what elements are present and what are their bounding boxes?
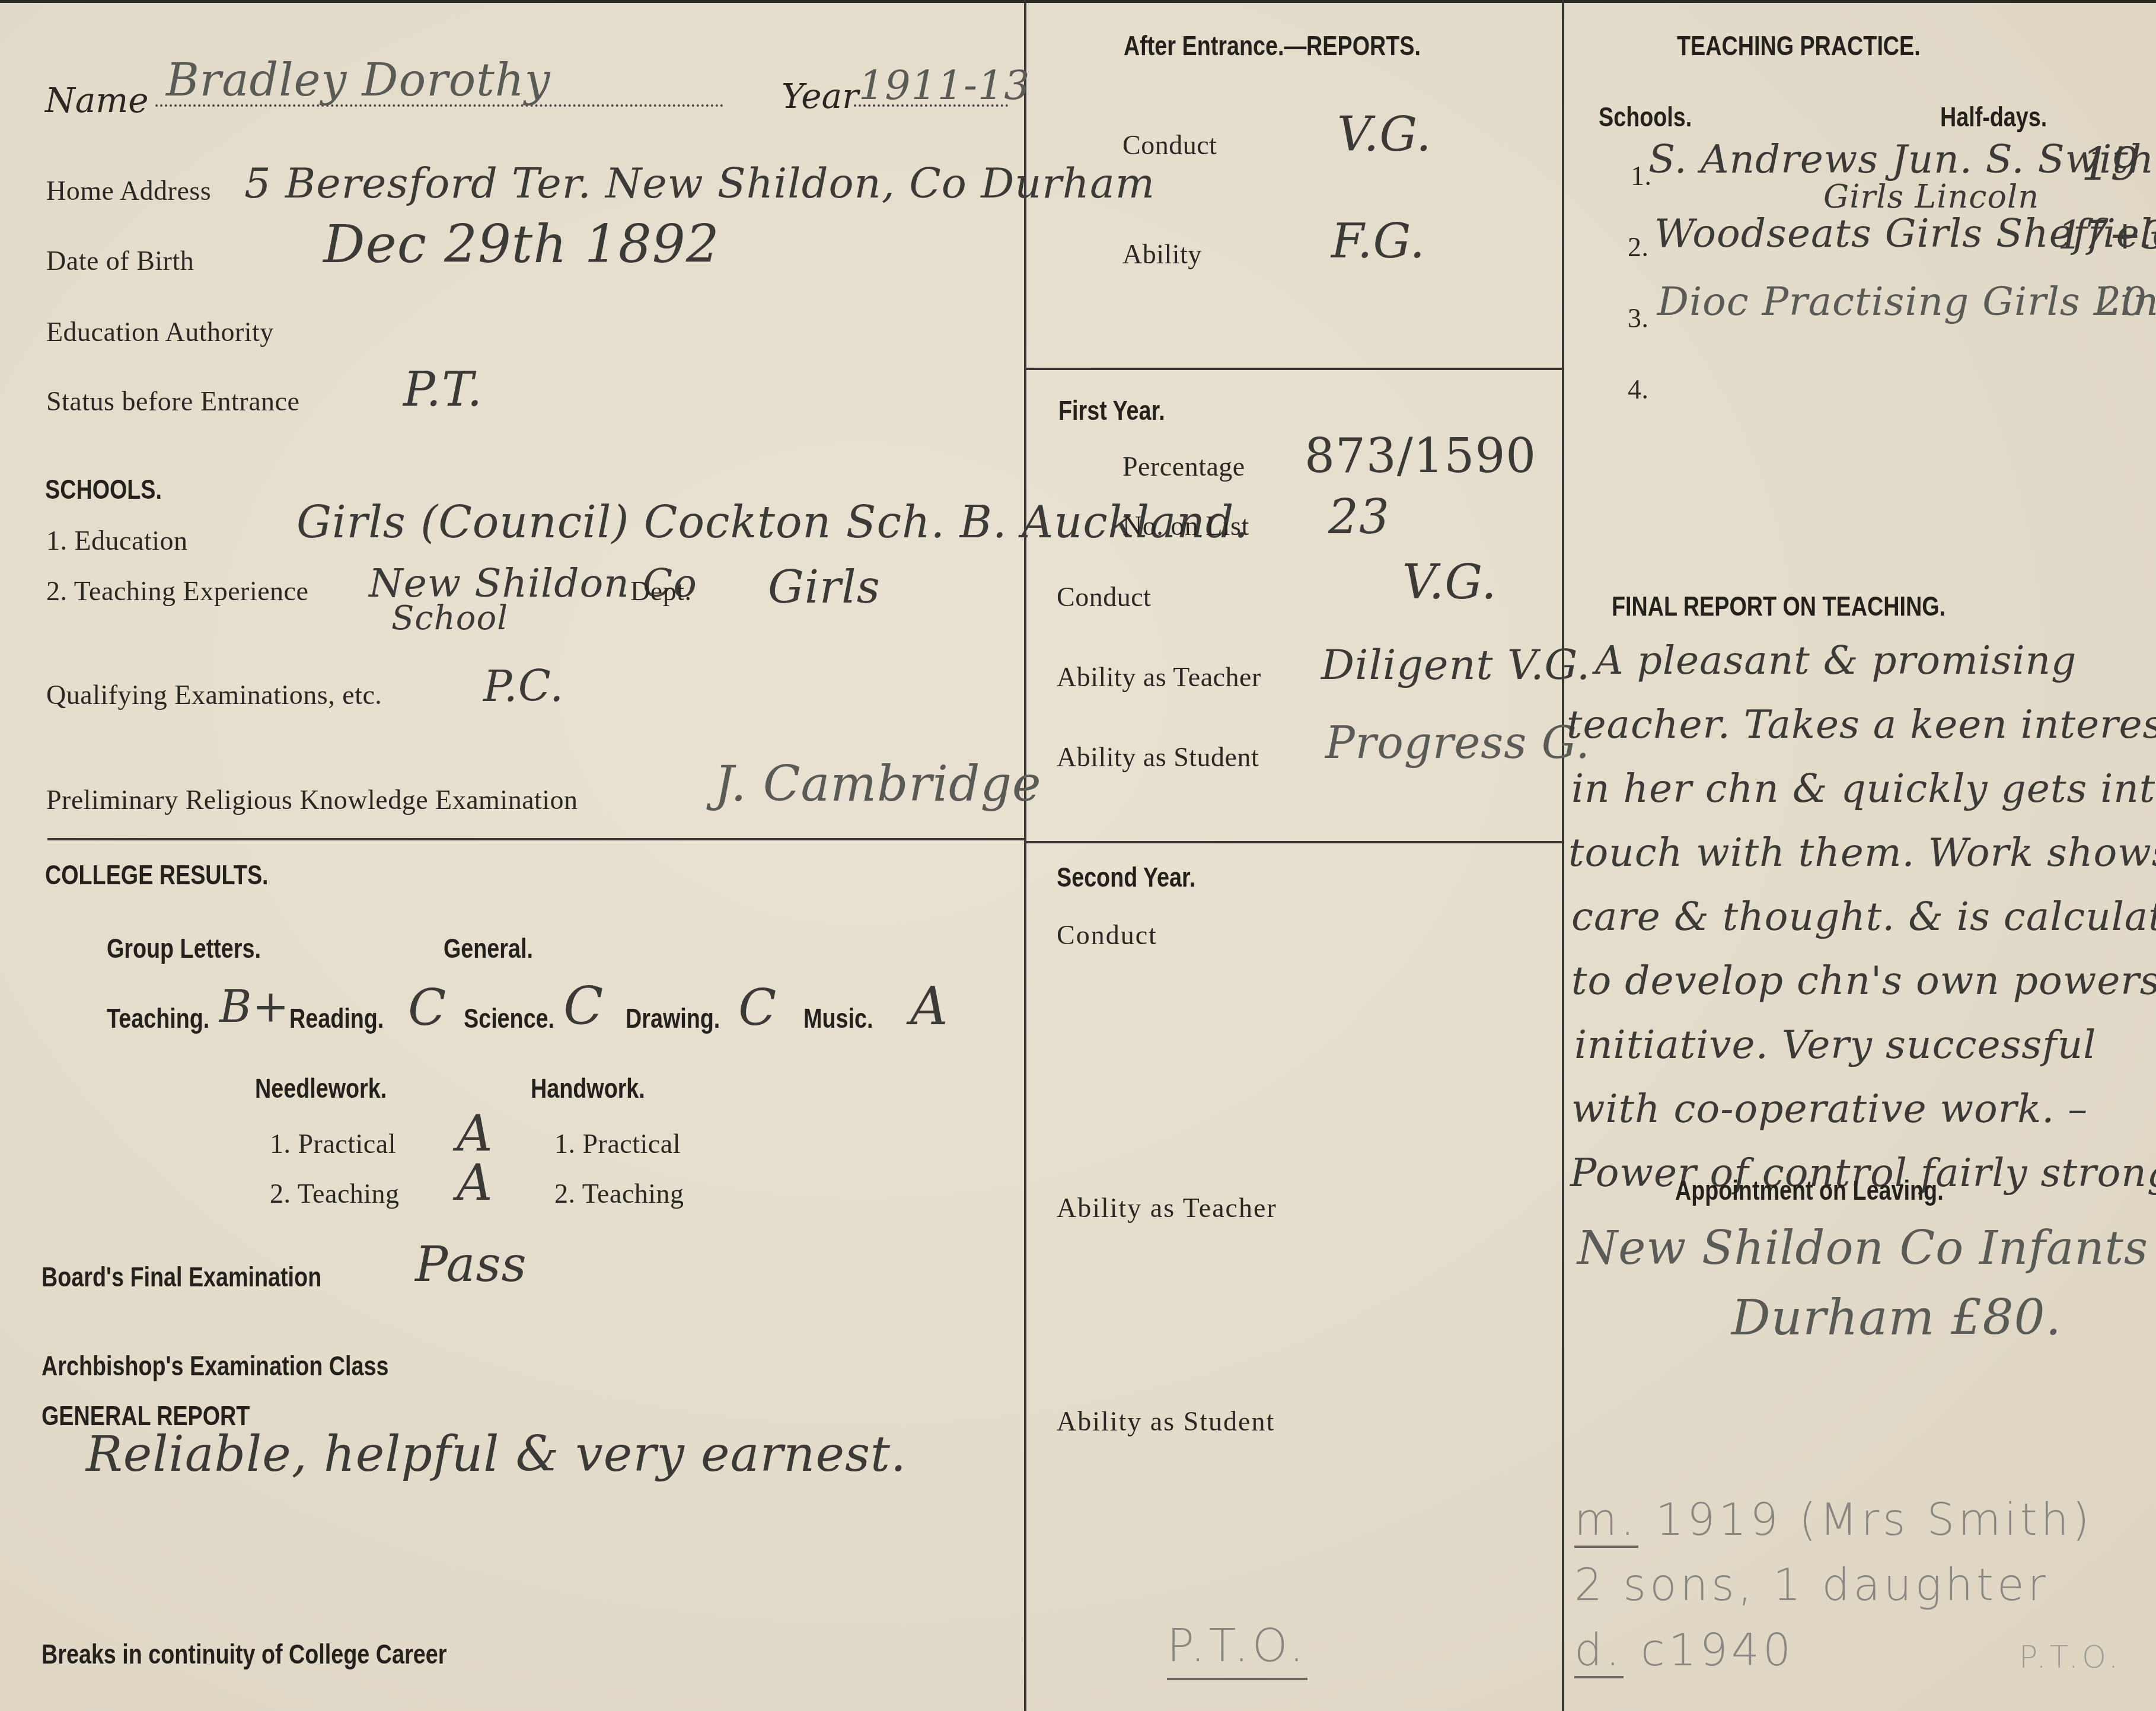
first-year-heading: First Year. xyxy=(1058,394,1165,426)
science-grade-value: C xyxy=(563,976,604,1037)
general-label: General. xyxy=(444,932,533,964)
second-teacher-label: Ability as Teacher xyxy=(1057,1192,1277,1223)
tp-entry-number: 2. xyxy=(1628,231,1649,263)
handwork-practical-label: 1. Practical xyxy=(554,1128,681,1159)
later-note-death: d. c1940 xyxy=(1574,1625,1794,1676)
second-conduct-label: Conduct xyxy=(1057,919,1157,951)
percentage-value: 873/1590 xyxy=(1305,428,1536,483)
tp-halfdays-label: Half-days. xyxy=(1940,101,2047,133)
prelim-religious-label: Preliminary Religious Knowledge Examinat… xyxy=(46,784,578,815)
final-report-line: touch with them. Work shows xyxy=(1568,830,2156,875)
archbishop-exam-label: Archbishop's Examination Class xyxy=(42,1350,388,1382)
tp-entry-halfdays: 17+3 xyxy=(2058,212,2156,258)
year-value: 1911-13 xyxy=(859,62,1031,109)
top-edge-shadow xyxy=(0,0,2156,3)
education-value: Girls (Council) Cockton Sch. B. Auckland… xyxy=(296,497,1249,548)
breaks-label: Breaks in continuity of College Career xyxy=(42,1638,446,1670)
drawing-grade-value: C xyxy=(738,979,777,1037)
after-entrance-heading: After Entrance.—REPORTS. xyxy=(1124,30,1421,62)
prelim-religious-value: J. Cambridge xyxy=(715,756,1041,813)
needlework-teaching-label: 2. Teaching xyxy=(270,1178,400,1209)
tp-entry-halfdays: 20 xyxy=(2096,279,2147,324)
column-divider-right xyxy=(1562,0,1564,1711)
drawing-grade-label: Drawing. xyxy=(626,1002,720,1034)
college-results-heading: COLLEGE RESULTS. xyxy=(45,859,269,891)
second-year-heading: Second Year. xyxy=(1057,861,1195,893)
boards-final-label: Board's Final Examination xyxy=(42,1261,321,1293)
second-year-pto-note: P.T.O. xyxy=(1167,1619,1307,1680)
death-abbrev: d. xyxy=(1574,1625,1624,1678)
first-student-label: Ability as Student xyxy=(1057,741,1259,773)
first-teacher-value: Diligent V.G. xyxy=(1321,641,1590,689)
first-teacher-label: Ability as Teacher xyxy=(1057,661,1261,693)
appointment-heading: Appointment on Leaving. xyxy=(1675,1174,1944,1206)
year-label: Year xyxy=(782,76,859,116)
dept-value: Girls xyxy=(768,560,881,613)
reading-grade-value: C xyxy=(408,979,446,1037)
after-ability-value: F.G. xyxy=(1331,214,1425,269)
boards-final-value: Pass xyxy=(415,1237,527,1293)
music-grade-label: Music. xyxy=(803,1002,873,1034)
handwork-teaching-label: 2. Teaching xyxy=(554,1178,684,1209)
marriage-abbrev: m. xyxy=(1574,1495,1638,1548)
name-label: Name xyxy=(45,80,149,120)
teaching-grade-value: B+ xyxy=(219,982,289,1033)
final-report-heading: FINAL REPORT ON TEACHING. xyxy=(1612,590,1945,622)
education-label: 1. Education xyxy=(46,525,188,556)
status-label: Status before Entrance xyxy=(46,385,299,417)
middle-divider-1 xyxy=(1026,368,1562,370)
first-conduct-label: Conduct xyxy=(1057,581,1151,613)
middle-divider-2 xyxy=(1026,841,1562,843)
no-on-list-label: No. on List xyxy=(1122,510,1249,541)
tp-entry-school: S. Andrews Jun. S. Swithuns xyxy=(1648,136,2156,182)
music-grade-value: A xyxy=(910,976,949,1037)
first-student-value: Progress G. xyxy=(1325,718,1590,769)
needlework-practical-label: 1. Practical xyxy=(270,1128,396,1159)
teaching-experience-label: 2. Teaching Experience xyxy=(46,575,308,607)
second-student-label: Ability as Student xyxy=(1057,1406,1275,1437)
home-address-value: 5 Beresford Ter. New Shildon, Co Durham xyxy=(244,159,1155,208)
name-value: Bradley Dorothy xyxy=(166,53,551,106)
after-conduct-value: V.G. xyxy=(1337,107,1432,162)
reading-grade-label: Reading. xyxy=(289,1002,384,1034)
final-report-line: initiative. Very successful xyxy=(1574,1022,2096,1068)
schools-heading: SCHOOLS. xyxy=(45,473,162,505)
final-report-line: teacher. Takes a keen interest xyxy=(1567,702,2156,747)
death-detail: c1940 xyxy=(1624,1625,1795,1676)
final-report-line: to develop chn's own powers of xyxy=(1571,958,2156,1003)
teaching-experience-value-line2: School xyxy=(391,599,508,638)
tp-entry-number: 4. xyxy=(1628,374,1649,405)
science-grade-label: Science. xyxy=(464,1002,554,1034)
tp-entry-school-line2: Girls Lincoln xyxy=(1823,178,2039,215)
later-note-marriage: m. 1919 (Mrs Smith) xyxy=(1574,1495,2093,1546)
dob-label: Date of Birth xyxy=(46,245,194,276)
tp-entry-number: 3. xyxy=(1628,302,1649,334)
column-divider-left xyxy=(1024,0,1026,1711)
home-address-label: Home Address xyxy=(46,175,211,206)
no-on-list-value: 23 xyxy=(1328,489,1390,544)
later-note-pto: P.T.O. xyxy=(2019,1640,2122,1675)
handwork-label: Handwork. xyxy=(531,1072,645,1104)
first-conduct-value: V.G. xyxy=(1402,555,1497,610)
record-card: Name Bradley Dorothy Year 1911-13 Home A… xyxy=(0,0,2156,1711)
final-report-line: in her chn & quickly gets into xyxy=(1571,766,2156,811)
teaching-practice-heading: TEACHING PRACTICE. xyxy=(1677,30,1921,62)
final-report-line: care & thought. & is calculated xyxy=(1571,894,2156,939)
education-authority-label: Education Authority xyxy=(46,316,274,348)
general-report-value: Reliable, helpful & very earnest. xyxy=(86,1426,907,1483)
qualifying-label: Qualifying Examinations, etc. xyxy=(46,679,382,710)
teaching-grade-label: Teaching. xyxy=(107,1002,209,1034)
status-value: P.T. xyxy=(403,362,483,417)
tp-schools-label: Schools. xyxy=(1599,101,1692,133)
dob-value: Dec 29th 1892 xyxy=(323,214,720,275)
left-section-divider xyxy=(47,838,1025,840)
final-report-line: with co-operative work. – xyxy=(1571,1086,2088,1132)
later-note-children: 2 sons, 1 daughter xyxy=(1574,1560,2049,1611)
marriage-detail: 1919 (Mrs Smith) xyxy=(1638,1495,2093,1546)
after-conduct-label: Conduct xyxy=(1122,129,1217,161)
appointment-line-2: Durham £80. xyxy=(1731,1290,2062,1346)
needlework-label: Needlework. xyxy=(255,1072,387,1104)
percentage-label: Percentage xyxy=(1122,451,1245,482)
needlework-teaching-value: A xyxy=(457,1154,493,1212)
appointment-line-1: New Shildon Co Infants xyxy=(1577,1222,2148,1275)
tp-entry-school: Dioc Practising Girls Lincoln xyxy=(1657,279,2156,324)
dept-label: Dept. xyxy=(630,575,691,607)
after-ability-label: Ability xyxy=(1122,238,1202,270)
tp-entry-halfdays: 19 xyxy=(2081,138,2140,190)
group-letters-label: Group Letters. xyxy=(107,932,261,964)
final-report-line: A pleasant & promising xyxy=(1595,638,2077,683)
qualifying-value: P.C. xyxy=(483,661,564,711)
